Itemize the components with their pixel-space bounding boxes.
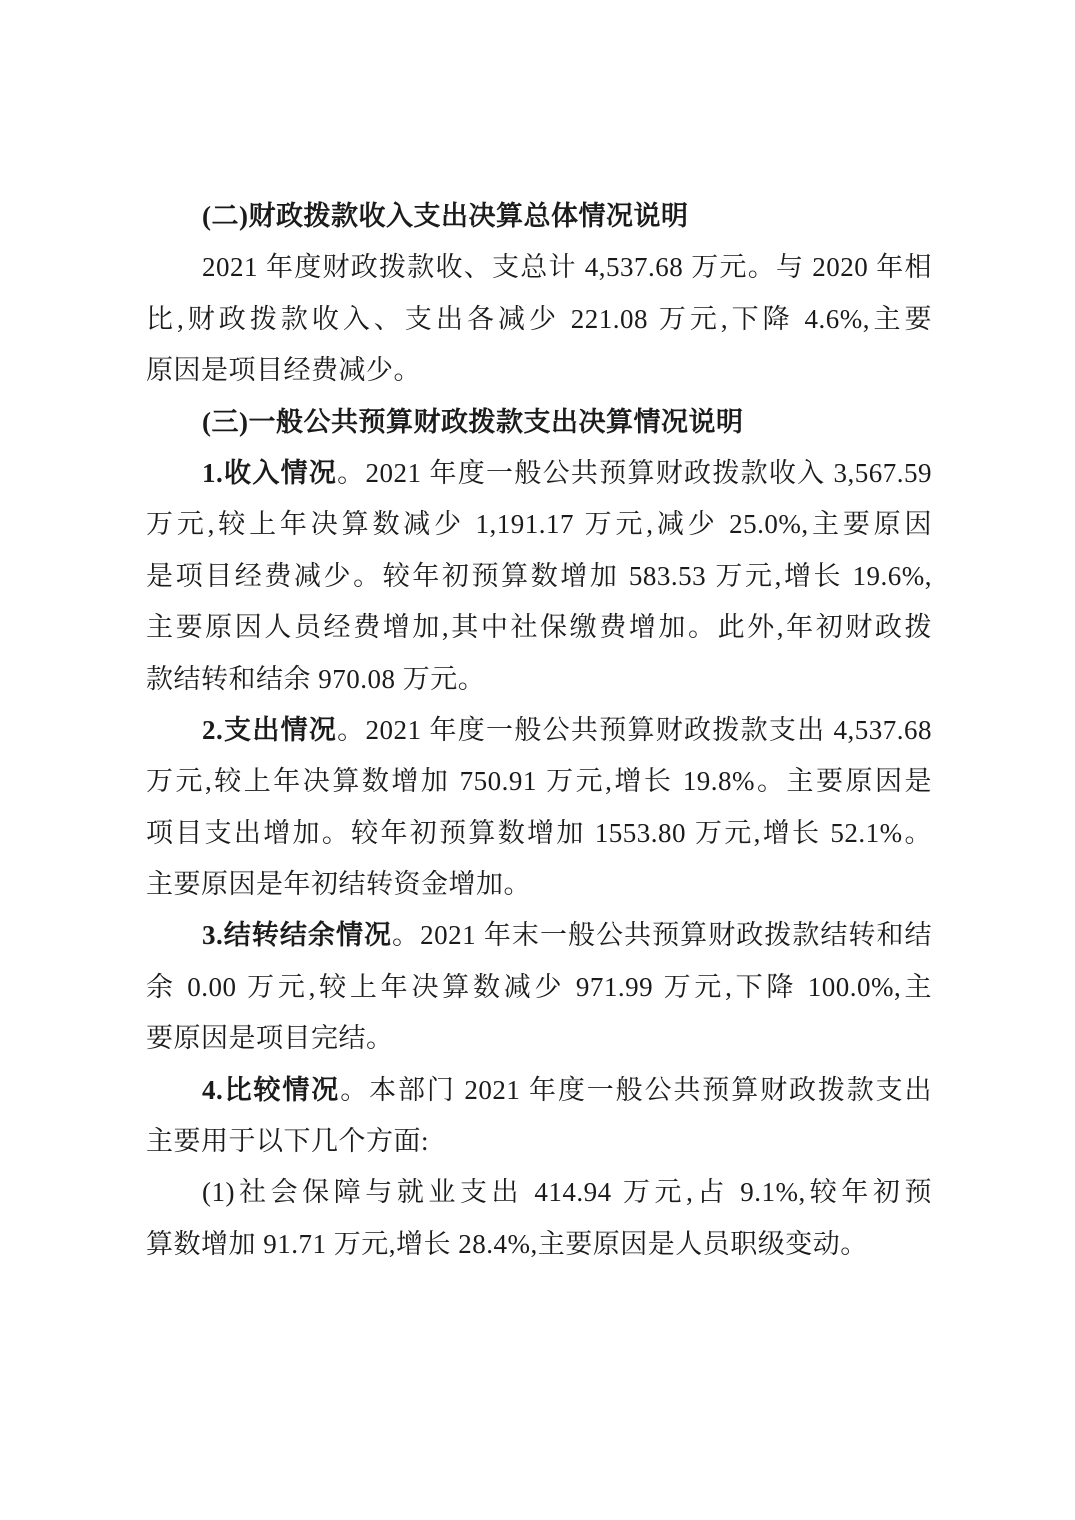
document-line: 3.结转结余情况。2021 年末一般公共预算财政拨款结转和结 <box>146 910 932 961</box>
document-line: 是项目经费减少。较年初预算数增加 583.53 万元,增长 19.6%, <box>146 551 932 602</box>
text-run: 要原因是项目完结。 <box>146 1023 394 1053</box>
document-line: (二)财政拨款收入支出决算总体情况说明 <box>146 191 932 242</box>
bold-text-run: 1.收入情况 <box>202 458 337 488</box>
text-run: 主要用于以下几个方面: <box>146 1126 429 1156</box>
document-line: 主要原因人员经费增加,其中社保缴费增加。此外,年初财政拨 <box>146 602 932 653</box>
text-run: 项目支出增加。较年初预算数增加 1553.80 万元,增长 52.1%。 <box>146 818 932 848</box>
text-run: 。2021 年末一般公共预算财政拨款结转和结 <box>392 920 932 950</box>
document-line: 余 0.00 万元,较上年决算数减少 971.99 万元,下降 100.0%,主 <box>146 962 932 1013</box>
document-line: 项目支出增加。较年初预算数增加 1553.80 万元,增长 52.1%。 <box>146 808 932 859</box>
bold-text-run: (三)一般公共预算财政拨款支出决算情况说明 <box>202 407 743 437</box>
text-run: 。2021 年度一般公共预算财政拨款收入 3,567.59 <box>337 458 932 488</box>
document-line: 万元,较上年决算数减少 1,191.17 万元,减少 25.0%,主要原因 <box>146 499 932 550</box>
text-run: 万元,较上年决算数减少 1,191.17 万元,减少 25.0%,主要原因 <box>146 509 932 539</box>
text-run: 原因是项目经费减少。 <box>146 355 421 385</box>
document-line: 4.比较情况。本部门 2021 年度一般公共预算财政拨款支出 <box>146 1065 932 1116</box>
document-page: (二)财政拨款收入支出决算总体情况说明2021 年度财政拨款收、支总计 4,53… <box>0 0 1075 1520</box>
text-run: 万元,较上年决算数增加 750.91 万元,增长 19.8%。主要原因是 <box>146 766 932 796</box>
bold-text-run: 4.比较情况 <box>202 1075 340 1105</box>
bold-text-run: 3.结转结余情况 <box>202 920 392 950</box>
text-run: 余 0.00 万元,较上年决算数减少 971.99 万元,下降 100.0%,主 <box>146 972 932 1002</box>
document-line: (1)社会保障与就业支出 414.94 万元,占 9.1%,较年初预 <box>146 1167 932 1218</box>
document-line: 要原因是项目完结。 <box>146 1013 932 1064</box>
text-run: 。2021 年度一般公共预算财政拨款支出 4,537.68 <box>337 715 932 745</box>
text-run: 主要原因是年初结转资金增加。 <box>146 869 531 899</box>
document-body: (二)财政拨款收入支出决算总体情况说明2021 年度财政拨款收、支总计 4,53… <box>146 191 932 1270</box>
text-run: 比,财政拨款收入、支出各减少 221.08 万元,下降 4.6%,主要 <box>146 304 932 334</box>
text-run: 2021 年度财政拨款收、支总计 4,537.68 万元。与 2020 年相 <box>202 252 932 282</box>
document-line: 比,财政拨款收入、支出各减少 221.08 万元,下降 4.6%,主要 <box>146 294 932 345</box>
bold-text-run: 2.支出情况 <box>202 715 337 745</box>
document-line: 算数增加 91.71 万元,增长 28.4%,主要原因是人员职级变动。 <box>146 1219 932 1270</box>
document-line: 主要原因是年初结转资金增加。 <box>146 859 932 910</box>
document-line: 主要用于以下几个方面: <box>146 1116 932 1167</box>
bold-text-run: (二)财政拨款收入支出决算总体情况说明 <box>202 201 688 231</box>
text-run: 主要原因人员经费增加,其中社保缴费增加。此外,年初财政拨 <box>146 612 932 642</box>
document-line: 2.支出情况。2021 年度一般公共预算财政拨款支出 4,537.68 <box>146 705 932 756</box>
document-line: 万元,较上年决算数增加 750.91 万元,增长 19.8%。主要原因是 <box>146 756 932 807</box>
document-line: 2021 年度财政拨款收、支总计 4,537.68 万元。与 2020 年相 <box>146 242 932 293</box>
document-line: 1.收入情况。2021 年度一般公共预算财政拨款收入 3,567.59 <box>146 448 932 499</box>
document-line: (三)一般公共预算财政拨款支出决算情况说明 <box>146 397 932 448</box>
text-run: 是项目经费减少。较年初预算数增加 583.53 万元,增长 19.6%, <box>146 561 932 591</box>
text-run: 款结转和结余 970.08 万元。 <box>146 664 485 694</box>
document-line: 原因是项目经费减少。 <box>146 345 932 396</box>
text-run: 算数增加 91.71 万元,增长 28.4%,主要原因是人员职级变动。 <box>146 1229 868 1259</box>
text-run: (1)社会保障与就业支出 414.94 万元,占 9.1%,较年初预 <box>202 1177 932 1207</box>
text-run: 。本部门 2021 年度一般公共预算财政拨款支出 <box>340 1075 932 1105</box>
document-line: 款结转和结余 970.08 万元。 <box>146 654 932 705</box>
